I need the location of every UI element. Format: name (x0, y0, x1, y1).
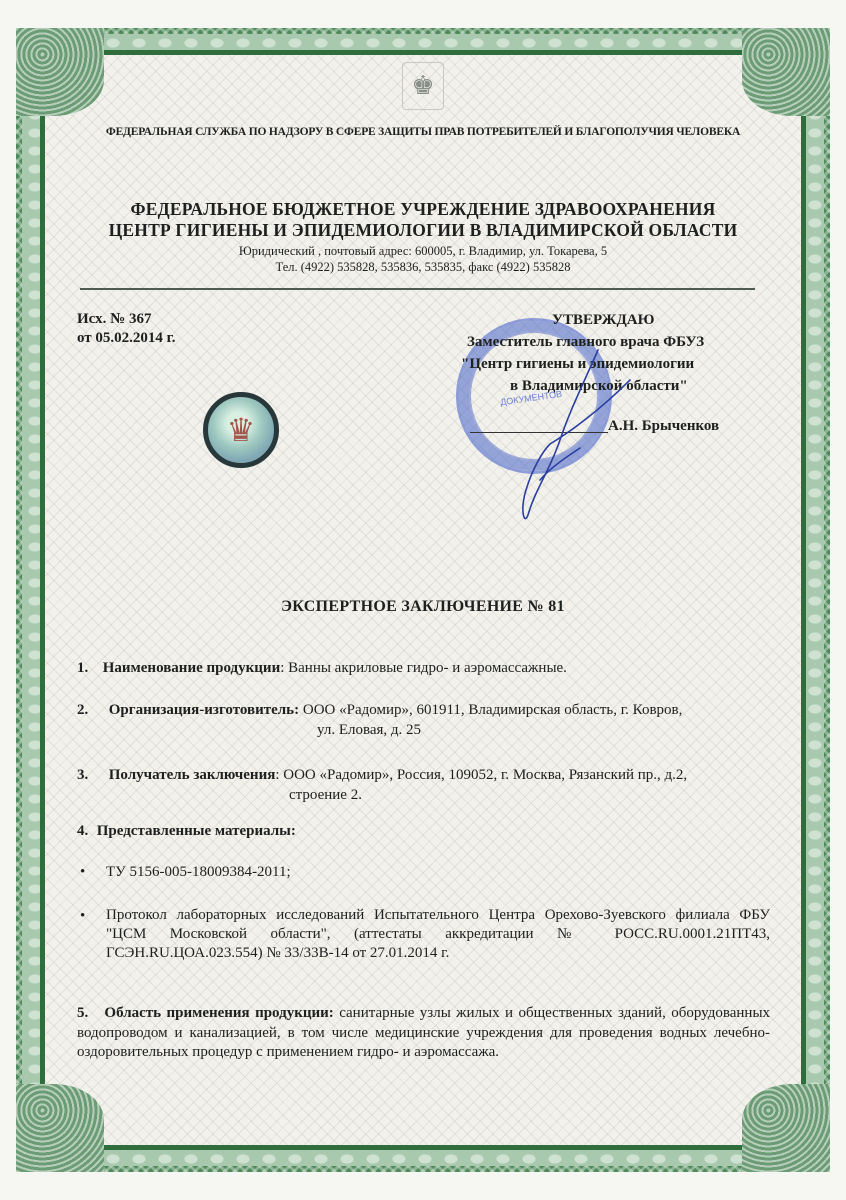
item-label: Представленные материалы: (97, 823, 296, 839)
organization-name-line2: ЦЕНТР ГИГИЕНЫ И ЭПИДЕМИОЛОГИИ В ВЛАДИМИР… (0, 220, 846, 241)
hologram-seal-icon (203, 392, 279, 468)
document-title: ЭКСПЕРТНОЕ ЗАКЛЮЧЕНИЕ № 81 (0, 598, 846, 616)
item-value-continued: ул. Еловая, д. 25 (317, 720, 421, 740)
document-page: ♚ ФЕДЕРАЛЬНАЯ СЛУЖБА ПО НАДЗОРУ В СФЕРЕ … (0, 0, 846, 1200)
organization-address: Юридический , почтовый адрес: 600005, г.… (0, 244, 846, 259)
item-number: 4. (77, 821, 93, 841)
handwritten-signature-icon (480, 340, 640, 530)
item-number: 1. (77, 658, 99, 678)
item-label: Организация-изготовитель: (109, 702, 299, 718)
outgoing-date: от 05.02.2014 г. (77, 329, 176, 348)
russian-coat-of-arms-icon: ♚ (402, 62, 444, 110)
materials-list-item: • Протокол лабораторных исследований Исп… (80, 906, 770, 963)
material-text: ТУ 5156-005-18009384-2011; (106, 862, 291, 882)
item-value: Ванны акриловые гидро- и аэромассажные. (288, 660, 567, 676)
item-manufacturer: 2. Организация-изготовитель: ООО «Радоми… (77, 700, 767, 720)
item-separator: : (280, 660, 288, 676)
outgoing-reference: Исх. № 367 от 05.02.2014 г. (77, 310, 176, 348)
item-label: Получатель заключения (109, 767, 276, 783)
outgoing-number: Исх. № 367 (77, 310, 176, 329)
bullet-icon: • (80, 906, 85, 926)
bullet-icon: • (80, 862, 85, 882)
item-number: 3. (77, 765, 105, 785)
item-label: Наименование продукции (103, 660, 280, 676)
item-number: 5. (77, 1004, 99, 1024)
organization-name-line1: ФЕДЕРАЛЬНОЕ БЮДЖЕТНОЕ УЧРЕЖДЕНИЕ ЗДРАВОО… (0, 199, 846, 220)
item-number: 2. (77, 700, 105, 720)
item-value-continued: строение 2. (289, 785, 362, 805)
item-value: ООО «Радомир», Россия, 109052, г. Москва… (283, 767, 687, 783)
header-divider (80, 288, 755, 290)
organization-phones: Тел. (4922) 535828, 535836, 535835, факс… (0, 260, 846, 275)
item-materials: 4. Представленные материалы: (77, 821, 296, 841)
agency-name: ФЕДЕРАЛЬНАЯ СЛУЖБА ПО НАДЗОРУ В СФЕРЕ ЗА… (0, 126, 846, 138)
item-value: ООО «Радомир», 601911, Владимирская обла… (303, 702, 683, 718)
approval-title: УТВЕРЖДАЮ (552, 310, 655, 331)
item-product-name: 1. Наименование продукции: Ванны акрилов… (77, 658, 567, 678)
material-text: Протокол лабораторных исследований Испыт… (106, 906, 770, 963)
item-application-scope: 5. Область применения продукции: санитар… (77, 1004, 770, 1063)
item-recipient: 3. Получатель заключения: ООО «Радомир»,… (77, 765, 767, 785)
item-label: Область применения продукции: (104, 1005, 333, 1021)
